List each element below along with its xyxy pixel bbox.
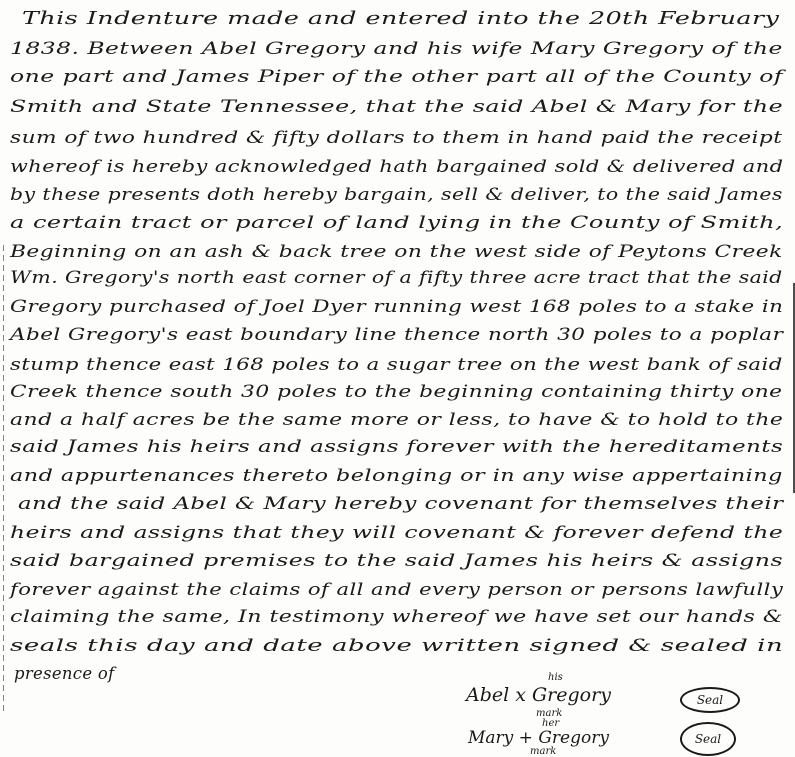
deed-line: sum of two hundred & fifty dollars to th… [10,128,782,147]
deed-line: Creek thence south 30 poles to the begin… [10,382,782,401]
seal-icon: Seal [680,722,736,756]
deed-line: Wm. Gregory's north east corner of a fif… [10,268,783,287]
deed-line: one part and James Piper of the other pa… [10,67,783,86]
deed-line: heirs and assigns that they will covenan… [10,523,783,542]
left-margin-rule [3,245,4,715]
deed-line: Smith and State Tennessee, that the said… [10,97,783,116]
deed-line: a certain tract or parcel of land lying … [10,213,783,232]
deed-line: This Indenture made and entered into the… [22,8,779,29]
deed-line: stump thence east 168 poles to a sugar t… [10,355,783,374]
deed-line: whereof is hereby acknowledged hath barg… [10,157,783,176]
deed-line: and appurtenances thereto belonging or i… [10,466,783,485]
deed-line: presence of [14,664,115,683]
deed-page: This Indenture made and entered into the… [0,0,795,757]
signature-abel-gregory: Abel x Gregory [466,684,611,706]
signature-mary-gregory: Mary + Gregory [468,728,609,748]
deed-line: and the said Abel & Mary hereby covenant… [18,494,784,513]
deed-line: claiming the same, In testimony whereof … [10,607,783,626]
deed-line: 1838. Between Abel Gregory and his wife … [10,39,783,58]
deed-line: said bargained premises to the said Jame… [10,551,783,570]
deed-line: by these presents doth hereby bargain, s… [10,185,783,204]
seal-icon: Seal [680,687,740,713]
deed-line: Beginning on an ash & back tree on the w… [10,242,783,261]
deed-line: and a half acres be the same more or les… [10,410,783,429]
deed-line: said James his heirs and assigns forever… [10,437,783,456]
signature-mark-label: his [548,672,563,683]
deed-line: seals this day and date above written si… [10,636,783,655]
deed-line: Abel Gregory's east boundary line thence… [10,325,783,344]
deed-line: forever against the claims of all and ev… [10,580,783,599]
signature-mark-label: mark [530,746,556,757]
deed-line: Gregory purchased of Joel Dyer running w… [10,297,783,316]
